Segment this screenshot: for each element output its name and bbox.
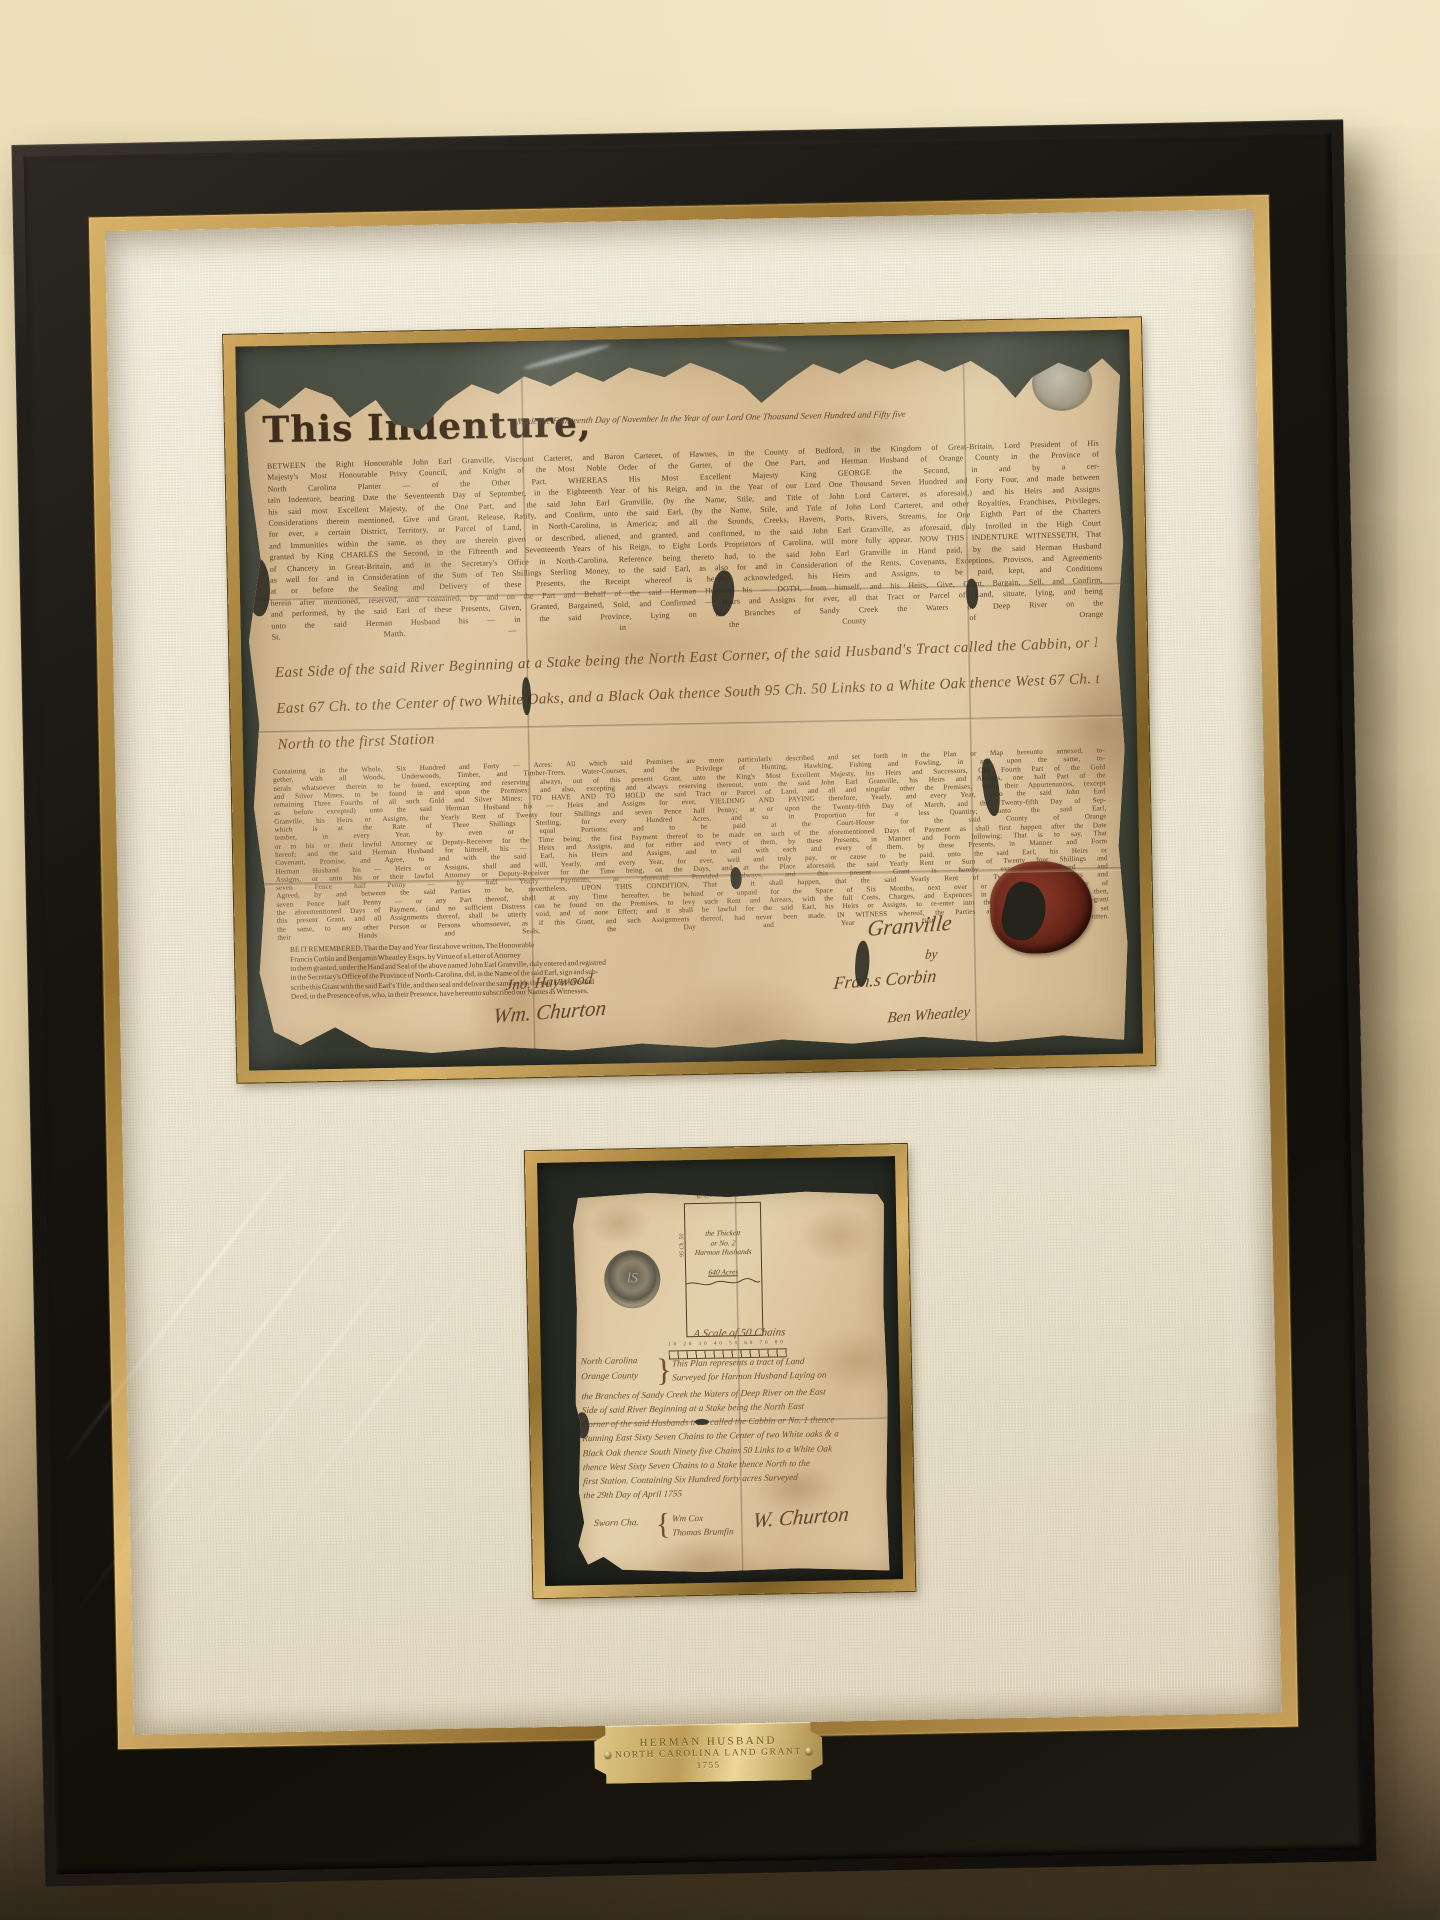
metes-and-bounds-block: East Side of the said River Beginning at…: [275, 625, 1102, 763]
survey-document: the Thickettor No. 2Harmon Husbands 640 …: [572, 1188, 891, 1576]
chain-carrier-name: Wm Cox: [671, 1510, 733, 1525]
sleeve-wrinkle-highlight: [727, 339, 787, 352]
plat-label: Harmon Husbands: [686, 1247, 762, 1258]
small-window-backing: the Thickettor No. 2Harmon Husbands 640 …: [537, 1156, 903, 1586]
photo-framed-land-grant: This Indenture, Made the Fourteenth Day …: [0, 0, 1440, 1920]
scale-tick-numbers: 10 20 30 40 50 60 70 80: [668, 1340, 786, 1347]
main-window-backing: This Indenture, Made the Fourteenth Day …: [235, 330, 1143, 1071]
survey-intro-block: This Plan represents a tract of LandSurv…: [672, 1354, 827, 1385]
location-block: North CarolinaOrange County: [581, 1354, 638, 1383]
plat-top-dimension: 67 Ch.: [696, 1193, 713, 1201]
surveyor-signature: W. Churton: [751, 1502, 849, 1534]
granville-signature: Granville: [866, 909, 953, 941]
location-line: North Carolina: [581, 1354, 639, 1369]
chain-carriers-names: Wm CoxThomas Brumfin: [671, 1510, 733, 1540]
embossed-paper-seal-icon: [1032, 354, 1093, 411]
glass-glare-streak: [169, 1220, 430, 1566]
wheatley-signature: Ben Wheatley: [886, 1004, 970, 1027]
granville-by: by: [924, 946, 938, 963]
main-document-window: This Indenture, Made the Fourteenth Day …: [223, 317, 1155, 1082]
plaque-year: 1755: [697, 1760, 721, 1770]
plaque-screw-right-icon: [805, 1747, 812, 1754]
location-line: Orange County: [581, 1368, 639, 1383]
indenture-document: This Indenture, Made the Fourteenth Day …: [244, 348, 1133, 1057]
glass-glare-streak: [99, 1174, 378, 1544]
chain-carrier-name: Thomas Brumfin: [671, 1525, 733, 1540]
witness-signature-churton: Wm. Churton: [492, 995, 608, 1028]
stamp-monogram: ƖS: [604, 1250, 661, 1309]
creek-line-drawing: [685, 1269, 760, 1297]
document-title: This Indenture,: [262, 403, 592, 451]
survey-document-window: the Thickettor No. 2Harmon Husbands 640 …: [525, 1144, 916, 1598]
plat-side-dimension: 95 Ch. 50: [679, 1233, 685, 1257]
tear-hole: [521, 677, 531, 715]
picture-frame: This Indenture, Made the Fourteenth Day …: [11, 119, 1376, 1886]
intro-text-block: BETWEEN the Right Honourable John Earl G…: [267, 438, 1104, 644]
notary-stamp-icon: ƖS: [604, 1250, 661, 1309]
corbin-signature: Fran.s Corbin: [833, 966, 938, 995]
edge-loss: [247, 558, 270, 616]
plaque-screw-left-icon: [604, 1751, 611, 1758]
location-brace: }: [656, 1351, 672, 1388]
brass-plaque: HERMAN HUSBAND NORTH CAROLINA LAND GRANT…: [594, 1722, 823, 1784]
linen-mat: This Indenture, Made the Fourteenth Day …: [105, 209, 1282, 1735]
survey-line: Surveyed for Harmon Husband Laying on: [671, 1368, 826, 1385]
glass-glare-streak: [255, 1272, 474, 1562]
survey-body-block: the Branches of Sandy Creek the Waters o…: [582, 1383, 884, 1502]
sleeve-wrinkle-highlight: [523, 343, 611, 371]
opening-line: Made the Fourteenth Day of November In t…: [516, 405, 1095, 426]
chain-carriers-brace: {: [656, 1508, 671, 1542]
tear-hole: [695, 1418, 709, 1424]
chain-carriers-label: Sworn Cha.: [593, 1516, 639, 1531]
